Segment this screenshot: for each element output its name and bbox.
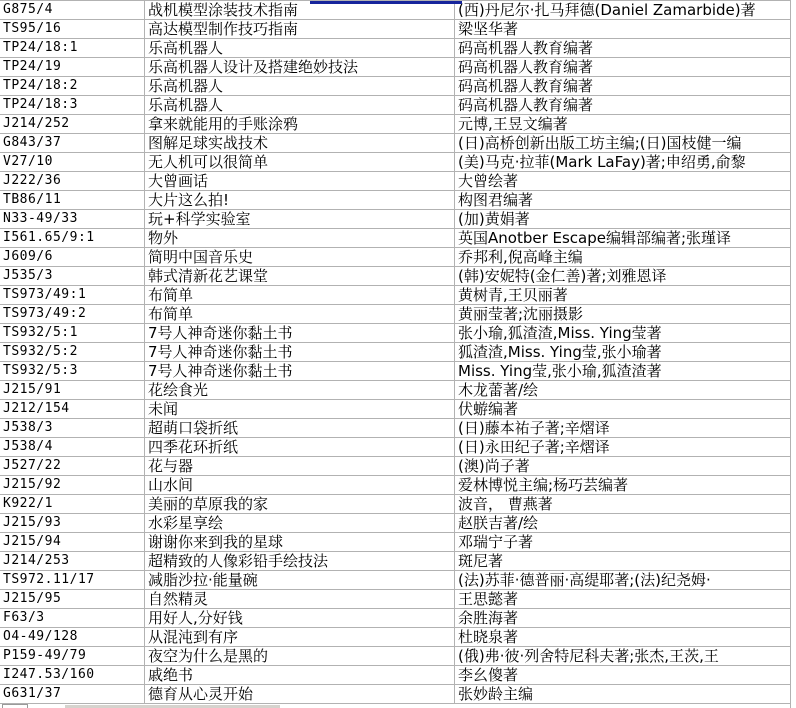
title-cell[interactable]: 谢谢你来到我的星球 <box>145 533 455 551</box>
author-cell[interactable]: 黄树青,王贝丽著 <box>455 286 790 304</box>
call-number-cell[interactable]: TP24/18:3 <box>0 96 145 114</box>
call-number-cell[interactable]: J214/253 <box>0 552 145 570</box>
author-cell[interactable]: 余胜海著 <box>455 609 790 627</box>
table-row: J535/3 韩式清新花艺课堂 (韩)安妮特(金仁善)著;刘雅恩译 <box>0 267 790 286</box>
table-row: I561.65/9:1 物外 英国Anotber Escape编辑部编著;张瑾译 <box>0 229 790 248</box>
author-cell[interactable]: 木龙蕾著/绘 <box>455 381 790 399</box>
call-number-cell[interactable]: TS932/5:1 <box>0 324 145 342</box>
table-row: J215/92 山水间 爱林博悦主编;杨巧芸编著 <box>0 476 790 495</box>
table-row: N33-49/33 玩+科学实验室 (加)黄娟著 <box>0 210 790 229</box>
table-row: J215/93 水彩星享绘 赵朕吉著/绘 <box>0 514 790 533</box>
title-cell[interactable]: 乐高机器人 <box>145 39 455 57</box>
author-cell[interactable]: 狐渣渣,Miss. Ying莹,张小瑜著 <box>455 343 790 361</box>
author-cell[interactable]: 斑尼著 <box>455 552 790 570</box>
author-cell[interactable]: 码高机器人教育编著 <box>455 39 790 57</box>
call-number-cell[interactable]: J535/3 <box>0 267 145 285</box>
author-cell[interactable]: 邓瑞宁子著 <box>455 533 790 551</box>
author-cell[interactable]: 梁坚华著 <box>455 20 790 38</box>
author-cell[interactable]: (美)马克·拉菲(Mark LaFay)著;申绍勇,俞黎 <box>455 153 790 171</box>
table-row: O4-49/128 从混沌到有序 杜晓泉著 <box>0 628 790 647</box>
author-cell[interactable]: (法)苏菲·德普丽·高缇耶著;(法)纪尧姆· <box>455 571 790 589</box>
title-cell[interactable]: 用好人,分好钱 <box>145 609 455 627</box>
title-cell[interactable]: 水彩星享绘 <box>145 514 455 532</box>
title-cell[interactable]: 物外 <box>145 229 455 247</box>
title-cell[interactable]: 乐高机器人 <box>145 77 455 95</box>
partial-row <box>0 704 790 708</box>
call-number-cell[interactable]: TB86/11 <box>0 191 145 209</box>
title-cell[interactable]: 7号人神奇迷你黏土书 <box>145 343 455 361</box>
call-number-cell[interactable]: V27/10 <box>0 153 145 171</box>
author-cell[interactable]: 大曾绘著 <box>455 172 790 190</box>
title-cell[interactable]: 花绘食光 <box>145 381 455 399</box>
table-row: TP24/19 乐高机器人设计及搭建绝妙技法 码高机器人教育编著 <box>0 58 790 77</box>
call-number-cell[interactable]: J215/93 <box>0 514 145 532</box>
title-cell[interactable]: 无人机可以很简单 <box>145 153 455 171</box>
title-cell[interactable]: 玩+科学实验室 <box>145 210 455 228</box>
author-cell[interactable]: 杜晓泉著 <box>455 628 790 646</box>
table-row: G631/37 德育从心灵开始 张妙龄主编 <box>0 685 790 704</box>
table-row: J222/36 大曾画话 大曾绘著 <box>0 172 790 191</box>
title-cell[interactable]: 从混沌到有序 <box>145 628 455 646</box>
table-row: J212/154 未闻 伏蝣编著 <box>0 400 790 419</box>
call-number-cell[interactable]: J214/252 <box>0 115 145 133</box>
title-cell[interactable]: 乐高机器人 <box>145 96 455 114</box>
title-cell[interactable]: 美丽的草原我的家 <box>145 495 455 513</box>
title-cell[interactable]: 自然精灵 <box>145 590 455 608</box>
table-row: TS972.11/17 减脂沙拉·能量碗 (法)苏菲·德普丽·高缇耶著;(法)纪… <box>0 571 790 590</box>
call-number-cell[interactable]: P159-49/79 <box>0 647 145 665</box>
author-cell[interactable]: (加)黄娟著 <box>455 210 790 228</box>
author-cell[interactable]: 构图君编著 <box>455 191 790 209</box>
author-cell[interactable]: (澳)尚子著 <box>455 457 790 475</box>
title-cell[interactable]: 韩式清新花艺课堂 <box>145 267 455 285</box>
table-row: P159-49/79 夜空为什么是黑的 (俄)弗·彼·列舍特尼科夫著;张杰,王茨… <box>0 647 790 666</box>
title-cell[interactable]: 布简单 <box>145 305 455 323</box>
table-row: TS932/5:1 7号人神奇迷你黏土书 张小瑜,狐渣渣,Miss. Ying莹… <box>0 324 790 343</box>
table-row: J215/94 谢谢你来到我的星球 邓瑞宁子著 <box>0 533 790 552</box>
bottom-left-fragment <box>2 704 28 708</box>
title-cell[interactable]: 德育从心灵开始 <box>145 685 455 703</box>
spreadsheet-grid: G875/4 战机模型涂装技术指南 (西)丹尼尔·扎马拜德(Daniel Zam… <box>0 0 791 708</box>
call-number-cell[interactable]: TS973/49:1 <box>0 286 145 304</box>
author-cell[interactable]: 码高机器人教育编著 <box>455 96 790 114</box>
author-cell[interactable]: (日)高桥创新出版工坊主编;(日)国枝健一编 <box>455 134 790 152</box>
call-number-cell[interactable]: J215/95 <box>0 590 145 608</box>
author-cell[interactable]: 王思懿著 <box>455 590 790 608</box>
table-row: J538/4 四季花环折纸 (日)永田纪子著;辛熠译 <box>0 438 790 457</box>
author-cell[interactable]: (俄)弗·彼·列舍特尼科夫著;张杰,王茨,王 <box>455 647 790 665</box>
call-number-cell[interactable]: G875/4 <box>0 1 145 19</box>
author-cell[interactable]: 李幺傻著 <box>455 666 790 684</box>
table-row: TP24/18:1 乐高机器人 码高机器人教育编著 <box>0 39 790 58</box>
table-row: TS973/49:1 布简单 黄树青,王贝丽著 <box>0 286 790 305</box>
call-number-cell[interactable]: J215/91 <box>0 381 145 399</box>
table-row: J214/253 超精致的人像彩铅手绘技法 斑尼著 <box>0 552 790 571</box>
call-number-cell[interactable]: J538/3 <box>0 419 145 437</box>
table-row: TS932/5:2 7号人神奇迷你黏土书 狐渣渣,Miss. Ying莹,张小瑜… <box>0 343 790 362</box>
title-cell[interactable]: 简明中国音乐史 <box>145 248 455 266</box>
call-number-cell[interactable]: TP24/18:1 <box>0 39 145 57</box>
author-cell[interactable]: 英国Anotber Escape编辑部编著;张瑾译 <box>455 229 790 247</box>
author-cell[interactable]: 乔邦利,倪高峰主编 <box>455 248 790 266</box>
call-number-cell[interactable]: N33-49/33 <box>0 210 145 228</box>
table-row: K922/1 美丽的草原我的家 波音， 曹燕著 <box>0 495 790 514</box>
call-number-cell[interactable]: TS973/49:2 <box>0 305 145 323</box>
selection-border-fragment <box>310 1 462 4</box>
call-number-cell[interactable]: G843/37 <box>0 134 145 152</box>
title-cell[interactable]: 大片这么拍! <box>145 191 455 209</box>
table-row: J609/6 简明中国音乐史 乔邦利,倪高峰主编 <box>0 248 790 267</box>
title-cell[interactable]: 布简单 <box>145 286 455 304</box>
table-row: TS932/5:3 7号人神奇迷你黏土书 Miss. Ying莹,张小瑜,狐渣渣… <box>0 362 790 381</box>
author-cell[interactable]: 码高机器人教育编著 <box>455 58 790 76</box>
author-cell[interactable]: 张小瑜,狐渣渣,Miss. Ying莹著 <box>455 324 790 342</box>
table-row: J215/95 自然精灵 王思懿著 <box>0 590 790 609</box>
call-number-cell[interactable]: J527/22 <box>0 457 145 475</box>
table-row: J538/3 超萌口袋折纸 (日)藤本祐子著;辛熠译 <box>0 419 790 438</box>
title-cell[interactable]: 7号人神奇迷你黏土书 <box>145 324 455 342</box>
table-row: I247.53/160 戚绝书 李幺傻著 <box>0 666 790 685</box>
table-row: TS973/49:2 布简单 黄丽莹著;沈丽摄影 <box>0 305 790 324</box>
call-number-cell[interactable]: J538/4 <box>0 438 145 456</box>
author-cell[interactable]: 波音， 曹燕著 <box>455 495 790 513</box>
call-number-cell[interactable]: TP24/19 <box>0 58 145 76</box>
title-cell[interactable]: 未闻 <box>145 400 455 418</box>
call-number-cell[interactable]: G631/37 <box>0 685 145 703</box>
author-cell[interactable]: (日)永田纪子著;辛熠译 <box>455 438 790 456</box>
call-number-cell[interactable]: TS95/16 <box>0 20 145 38</box>
author-cell[interactable]: (西)丹尼尔·扎马拜德(Daniel Zamarbide)著 <box>455 1 790 19</box>
call-number-cell[interactable]: I247.53/160 <box>0 666 145 684</box>
table-row: TS95/16 高达模型制作技巧指南 梁坚华著 <box>0 20 790 39</box>
title-cell[interactable]: 乐高机器人设计及搭建绝妙技法 <box>145 58 455 76</box>
table-row: TP24/18:2 乐高机器人 码高机器人教育编著 <box>0 77 790 96</box>
call-number-cell[interactable]: O4-49/128 <box>0 628 145 646</box>
call-number-cell[interactable]: K922/1 <box>0 495 145 513</box>
call-number-cell[interactable]: TS972.11/17 <box>0 571 145 589</box>
table-row: J214/252 拿来就能用的手账涂鸦 元博,王昱文编著 <box>0 115 790 134</box>
table-row: J215/91 花绘食光 木龙蕾著/绘 <box>0 381 790 400</box>
author-cell[interactable]: (韩)安妮特(金仁善)著;刘雅恩译 <box>455 267 790 285</box>
title-cell[interactable]: 拿来就能用的手账涂鸦 <box>145 115 455 133</box>
call-number-cell[interactable]: TS932/5:3 <box>0 362 145 380</box>
title-cell[interactable]: 山水间 <box>145 476 455 494</box>
call-number-cell[interactable]: J215/94 <box>0 533 145 551</box>
title-cell[interactable]: 夜空为什么是黑的 <box>145 647 455 665</box>
author-cell[interactable]: 赵朕吉著/绘 <box>455 514 790 532</box>
title-cell[interactable]: 高达模型制作技巧指南 <box>145 20 455 38</box>
author-cell[interactable]: 元博,王昱文编著 <box>455 115 790 133</box>
author-cell[interactable]: (日)藤本祐子著;辛熠译 <box>455 419 790 437</box>
table-row: TP24/18:3 乐高机器人 码高机器人教育编著 <box>0 96 790 115</box>
author-cell[interactable]: Miss. Ying莹,张小瑜,狐渣渣著 <box>455 362 790 380</box>
table-row: G843/37 图解足球实战技术 (日)高桥创新出版工坊主编;(日)国枝健一编 <box>0 134 790 153</box>
call-number-cell[interactable]: J609/6 <box>0 248 145 266</box>
author-cell[interactable]: 码高机器人教育编著 <box>455 77 790 95</box>
call-number-cell[interactable]: TP24/18:2 <box>0 77 145 95</box>
author-cell[interactable]: 张妙龄主编 <box>455 685 790 703</box>
call-number-cell[interactable]: F63/3 <box>0 609 145 627</box>
table-row: F63/3 用好人,分好钱 余胜海著 <box>0 609 790 628</box>
title-cell[interactable]: 超萌口袋折纸 <box>145 419 455 437</box>
call-number-cell[interactable]: I561.65/9:1 <box>0 229 145 247</box>
title-cell[interactable]: 戚绝书 <box>145 666 455 684</box>
call-number-cell[interactable]: J212/154 <box>0 400 145 418</box>
call-number-cell[interactable]: J222/36 <box>0 172 145 190</box>
author-cell[interactable]: 黄丽莹著;沈丽摄影 <box>455 305 790 323</box>
title-cell[interactable]: 花与器 <box>145 457 455 475</box>
title-cell[interactable]: 大曾画话 <box>145 172 455 190</box>
title-cell[interactable]: 超精致的人像彩铅手绘技法 <box>145 552 455 570</box>
author-cell[interactable]: 爱林博悦主编;杨巧芸编著 <box>455 476 790 494</box>
call-number-cell[interactable]: J215/92 <box>0 476 145 494</box>
author-cell[interactable]: 伏蝣编著 <box>455 400 790 418</box>
table-row: TB86/11 大片这么拍! 构图君编著 <box>0 191 790 210</box>
table-row: J527/22 花与器 (澳)尚子著 <box>0 457 790 476</box>
title-cell[interactable]: 图解足球实战技术 <box>145 134 455 152</box>
title-cell[interactable]: 减脂沙拉·能量碗 <box>145 571 455 589</box>
call-number-cell[interactable]: TS932/5:2 <box>0 343 145 361</box>
title-cell[interactable]: 四季花环折纸 <box>145 438 455 456</box>
table-row: V27/10 无人机可以很简单 (美)马克·拉菲(Mark LaFay)著;申绍… <box>0 153 790 172</box>
title-cell[interactable]: 7号人神奇迷你黏土书 <box>145 362 455 380</box>
